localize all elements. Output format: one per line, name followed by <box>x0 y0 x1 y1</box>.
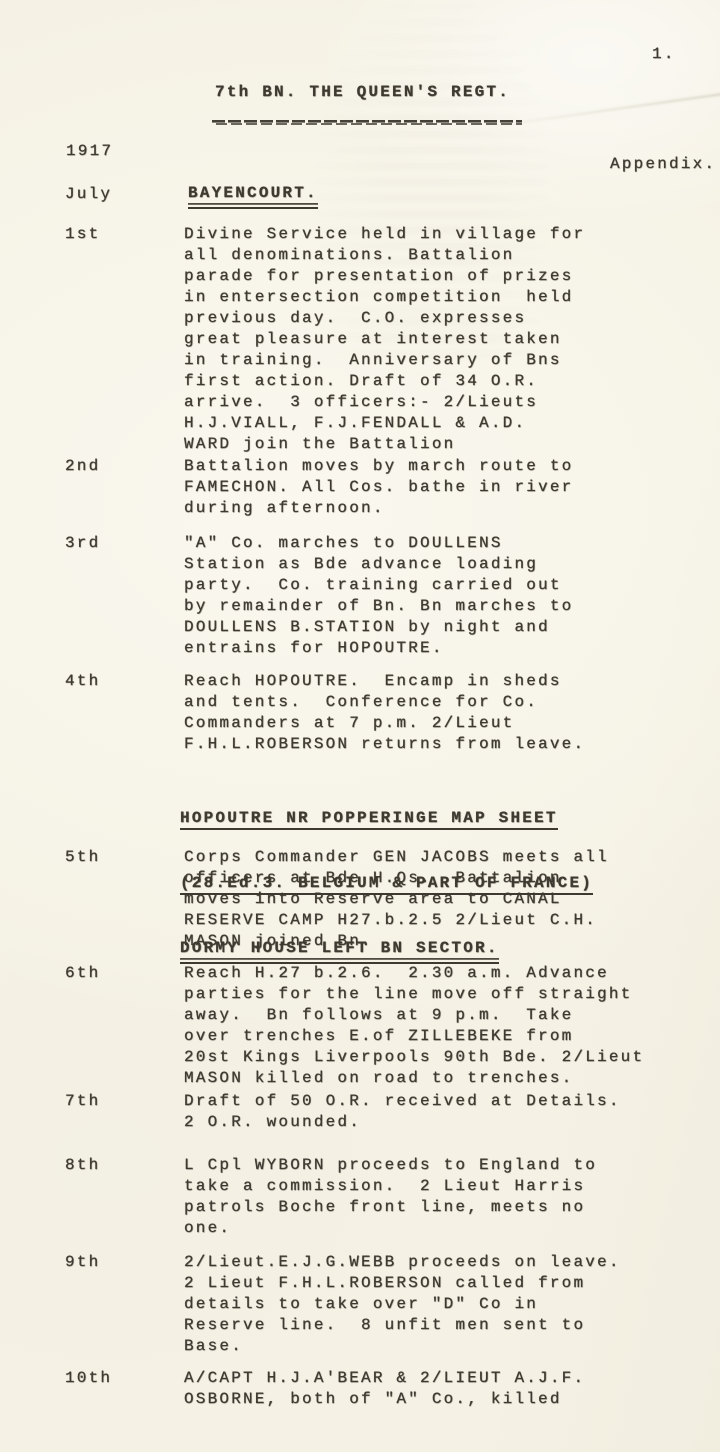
entry-day: 5th <box>65 847 100 868</box>
entry-day: 7th <box>65 1091 100 1112</box>
entry-day: 3rd <box>65 533 100 554</box>
entry-text: Corps Commander GEN JACOBS meets all off… <box>184 847 689 952</box>
map-note-text: HOPOUTRE NR POPPERINGE MAP SHEET <box>180 809 558 830</box>
war-diary-page: 1. 7th BN. THE QUEEN'S REGT. 1917 Append… <box>0 0 720 1452</box>
entry-text: L Cpl WYBORN proceeds to England to take… <box>184 1155 689 1239</box>
entry-day: 6th <box>65 963 100 984</box>
entry-day: 9th <box>65 1252 100 1273</box>
location-heading: BAYENCOURT. <box>188 183 318 204</box>
appendix-label: Appendix. <box>610 154 716 175</box>
entry-text: A/CAPT H.J.A'BEAR & 2/LIEUT A.J.F. OSBOR… <box>184 1368 689 1410</box>
month-label: July <box>65 184 112 205</box>
map-note-line: HOPOUTRE NR POPPERINGE MAP SHEET <box>180 808 700 831</box>
entry-day: 4th <box>65 671 100 692</box>
entry-text: Draft of 50 O.R. received at Details. 2 … <box>184 1091 689 1133</box>
page-number: 1. <box>652 44 676 65</box>
entry-day: 2nd <box>65 456 100 477</box>
entry-text: Divine Service held in village for all d… <box>184 224 689 455</box>
entry-day: 1st <box>65 224 100 245</box>
entry-day: 10th <box>65 1368 112 1389</box>
title-rule <box>212 120 522 126</box>
entry-text: 2/Lieut.E.J.G.WEBB proceeds on leave. 2 … <box>184 1252 689 1357</box>
entry-text: Reach HOPOUTRE. Encamp in sheds and tent… <box>184 671 689 755</box>
entry-day: 8th <box>65 1155 100 1176</box>
entry-text: Reach H.27 b.2.6. 2.30 a.m. Advance part… <box>184 963 689 1089</box>
location-heading-text: BAYENCOURT. <box>188 184 318 209</box>
entry-text: "A" Co. marches to DOULLENS Station as B… <box>184 533 689 659</box>
document-title: 7th BN. THE QUEEN'S REGT. <box>215 82 510 103</box>
entry-text: Battalion moves by march route to FAMECH… <box>184 456 689 519</box>
year-label: 1917 <box>66 141 113 162</box>
